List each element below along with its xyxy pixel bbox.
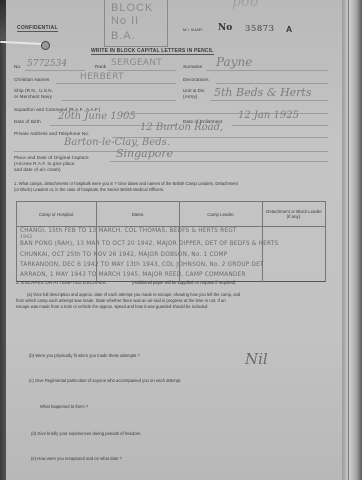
header-dates: Dates.: [97, 202, 180, 227]
surname-label: Surname: [183, 64, 202, 69]
enlistment-line: [232, 125, 328, 126]
section2-note: (Additional paper will be supplied on re…: [132, 280, 237, 285]
capture-label-3: and date of a/c crash): [14, 167, 61, 172]
address-label: Private Address and Telephone No.: [14, 131, 89, 136]
christian-names-label: Christian Names: [14, 77, 49, 82]
ship-line: [62, 100, 176, 101]
capture-value[interactable]: Singapore: [116, 147, 173, 160]
unit-label-1: Unit & Div.: [183, 88, 205, 93]
capture-label-1: Place and Date of Original Capture: [14, 155, 89, 160]
section1-question-line-1: 1. What camps, detachments or hospitals …: [14, 181, 238, 186]
table-row: CHANGI, 15th FEB TO 13 MARCH, COL THOMAS…: [20, 228, 236, 234]
capture-line: [110, 161, 328, 162]
form-instruction: WRITE IN BLOCK CAPITAL LETTERS IN PENCIL: [91, 48, 214, 55]
page-stack-line: [348, 0, 349, 480]
question-a-line-1: (a) Give full description and approx. da…: [27, 292, 240, 297]
dob-label: Date of Birth: [14, 119, 41, 124]
handwritten-mark: p66: [232, 0, 259, 10]
question-c-followup: What happened to them ?: [40, 404, 88, 409]
header-camp: Camp or Hospital.: [17, 202, 97, 227]
stamp-line-1: BLOCK: [111, 2, 153, 14]
question-b: (b) Were you physically fit when you mad…: [29, 353, 140, 358]
section1-question-line-2: (or Block) Leaders or, in the case of ho…: [14, 187, 164, 192]
stamp-line-2: No II: [111, 15, 139, 27]
question-a-line-3: escape was made from a train or vehicle …: [16, 304, 209, 309]
rank-value[interactable]: SERGEANT: [111, 58, 162, 68]
no-line: [25, 70, 85, 71]
surname-value[interactable]: Payne: [216, 55, 252, 69]
question-a-line-2: from which camp each attempt was made. S…: [16, 298, 226, 303]
unit-label-2: (Army): [183, 94, 197, 99]
question-c-answer[interactable]: Nil: [245, 350, 268, 368]
unit-value[interactable]: 5th Beds & Herts: [214, 86, 312, 99]
rank-label: Rank: [95, 64, 106, 69]
question-c: (c) Give Regimental particulars of anyon…: [29, 378, 181, 383]
question-e: (e) How were you recaptured and on what …: [31, 456, 122, 461]
christian-names-value[interactable]: HERBERT: [80, 72, 124, 82]
ship-label-1: Ship (R.N., U.S.N.: [14, 88, 53, 93]
table-row: BAN PONG (RAH), 13 MAR TO OCT 20 1942, M…: [20, 241, 278, 247]
serial-number: 35873: [245, 24, 275, 34]
address-line-1[interactable]: 12 Burton Road,: [140, 122, 223, 133]
table-row: CHUNKAI, OCT 25th TO NOV 26 1942, MAJOR …: [20, 252, 227, 258]
no-label: No.: [14, 64, 21, 69]
page-stack-edge: [342, 0, 362, 480]
no-value[interactable]: 5772534: [27, 59, 67, 69]
enlistment-value[interactable]: 12 Jan 1925: [238, 110, 299, 121]
header-detachment-leader: Detachment or Block Leader (if any).: [263, 202, 326, 227]
table-row: TARKANOON, DEC 6 1942 TO MAY 13th 1943, …: [20, 262, 264, 268]
question-d: (d) Give briefly your experiences during…: [31, 431, 141, 436]
block-stamp: BLOCK No II B.A.: [104, 0, 168, 47]
capture-label-2: (Aircrew R.A.F. to give place: [14, 161, 75, 166]
unit-line: [210, 100, 328, 101]
form-code: M.I. 9/JAP/: [183, 27, 203, 32]
christian-names-line: [56, 83, 176, 84]
serial-suffix: A: [286, 24, 292, 34]
stamp-line-3: B.A.: [111, 30, 136, 42]
decorations-label: Decorations: [183, 77, 209, 82]
eyelet-icon: [41, 41, 50, 50]
ship-label-2: or Merchant Navy: [14, 94, 52, 99]
camps-table-header: Camp or Hospital. Dates. Camp Leader. De…: [17, 202, 326, 227]
number-label: No: [218, 23, 232, 33]
section2-title: 2. ESCAPES OR ATTEMPTED ESCAPES.: [16, 280, 107, 285]
header-camp-leader: Camp Leader.: [180, 202, 263, 227]
decorations-line: [216, 83, 328, 84]
rank-line: [108, 70, 176, 71]
table-row: ARRAON, 1 MAY 1943 TO MARCH 1945, MAJOR …: [20, 272, 246, 278]
surname-line: [206, 70, 328, 71]
table-row: 1942: [20, 235, 32, 240]
dob-value[interactable]: 20th June 1905: [58, 111, 136, 122]
classification-label: CONFIDENTIAL: [17, 25, 58, 32]
